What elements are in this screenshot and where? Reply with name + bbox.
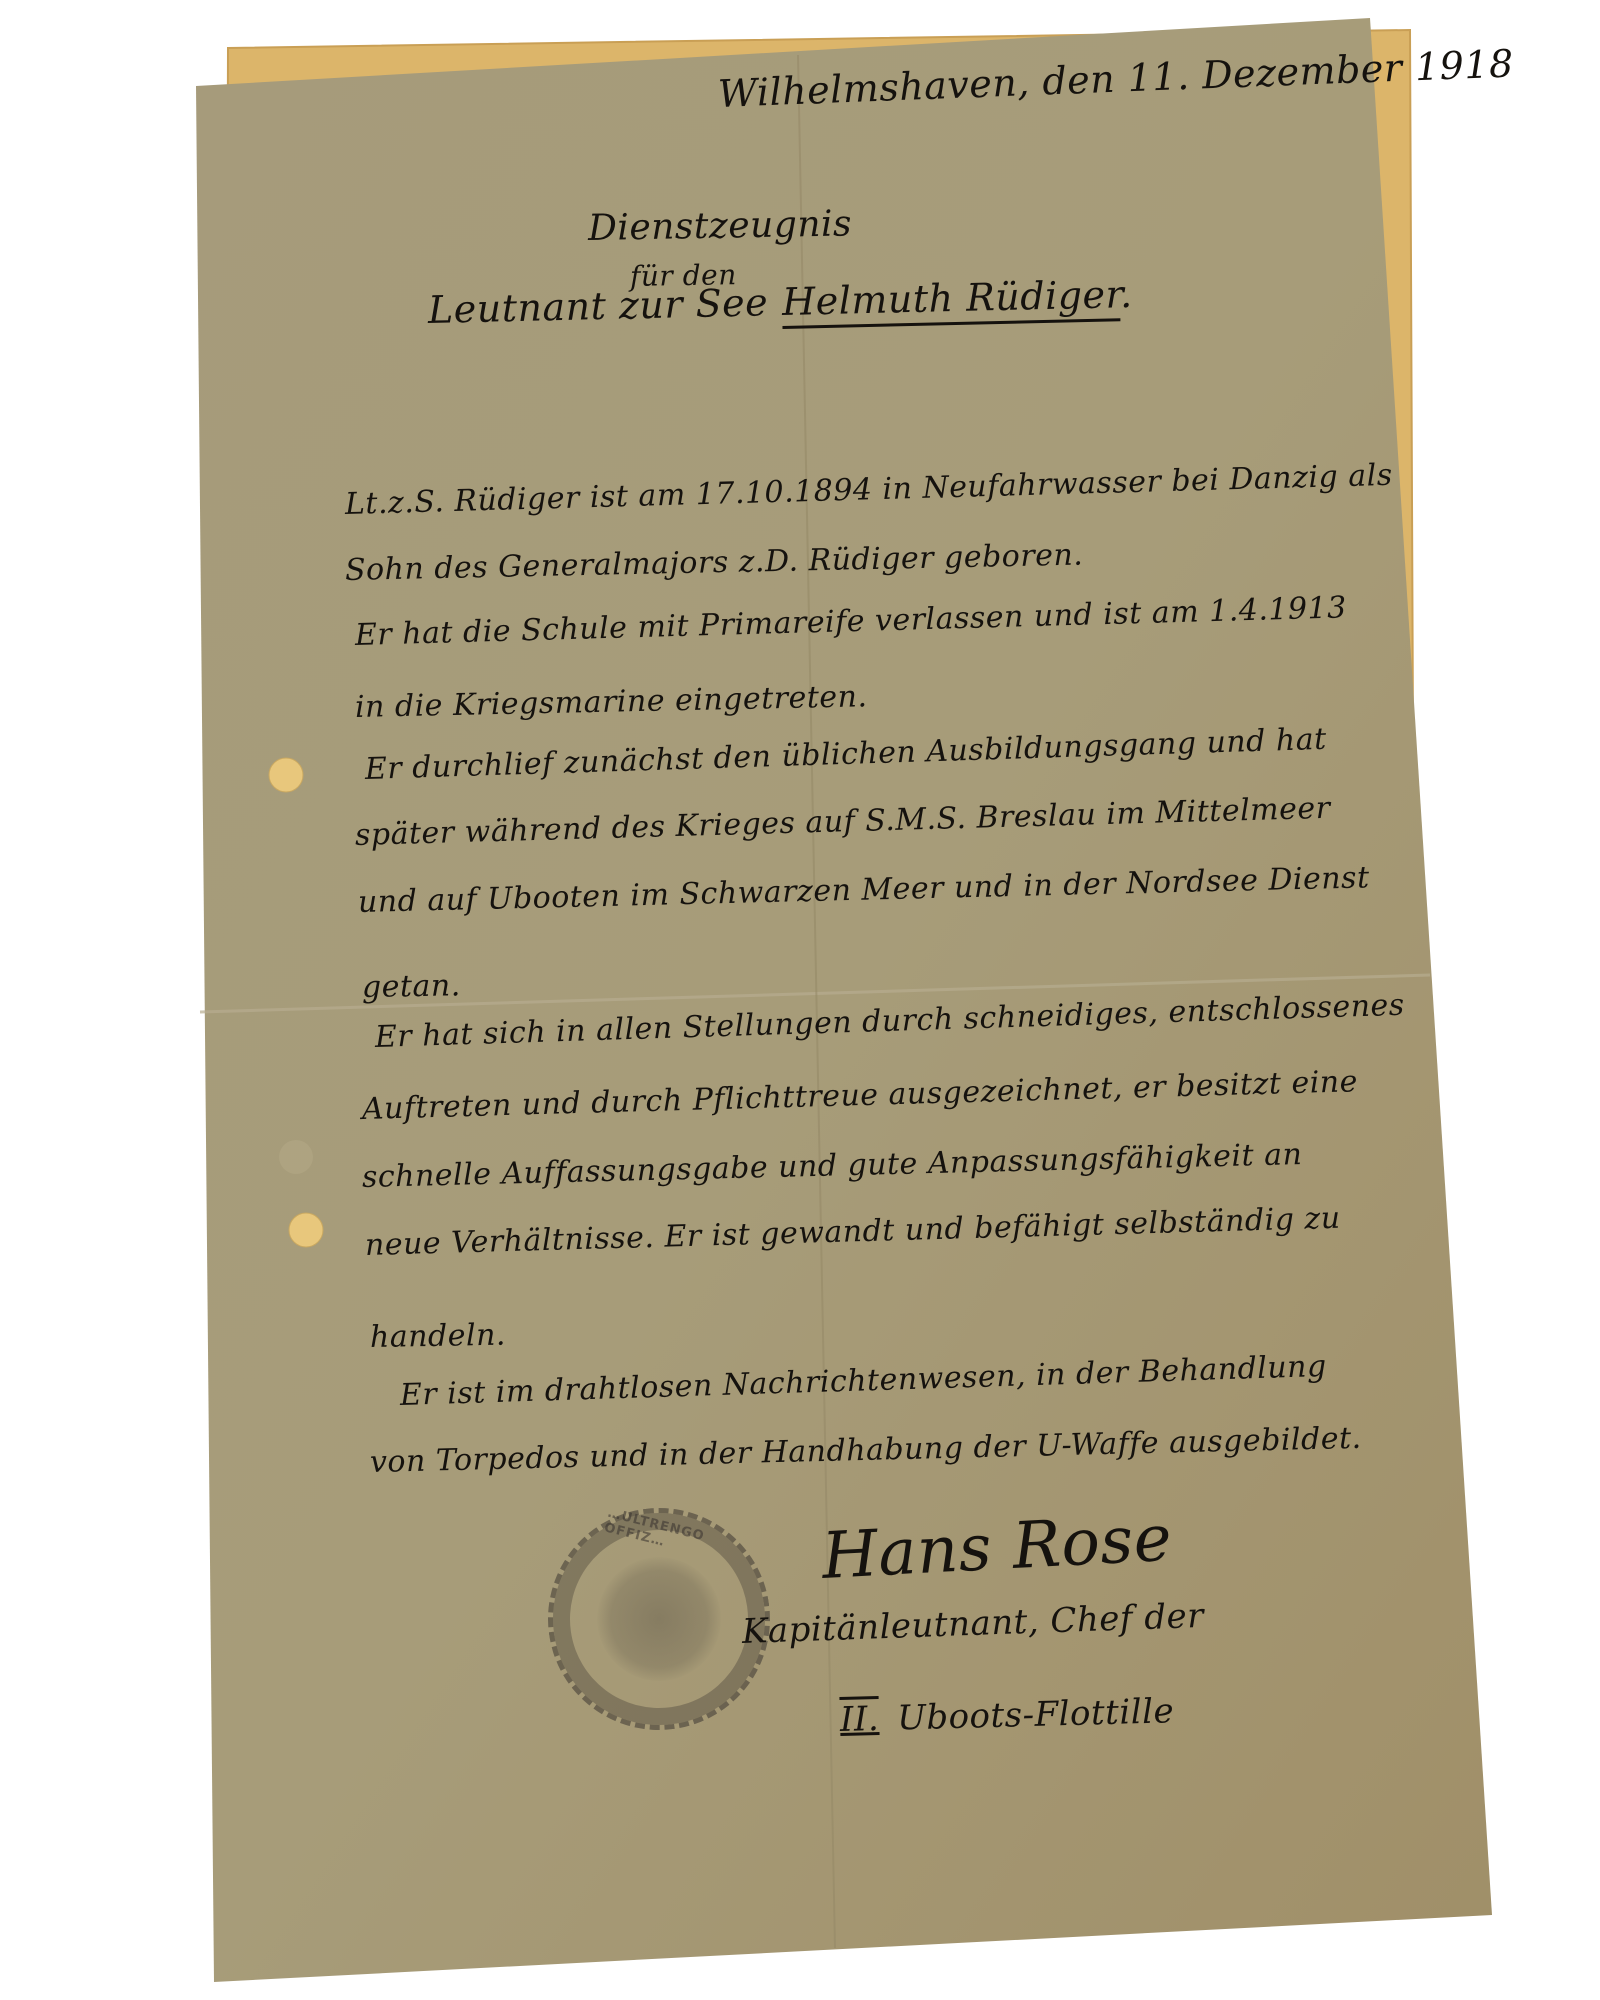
unit-numeral: II.	[839, 1699, 879, 1740]
body-line: handeln.	[370, 1318, 507, 1355]
recipient-name-period: .	[1119, 272, 1133, 316]
punch-hole-top	[269, 758, 303, 792]
document-title: Dienstzeugnis	[588, 203, 853, 249]
unit-name: Uboots-Flottille	[897, 1691, 1175, 1738]
punch-hole-bottom	[289, 1213, 323, 1247]
recipient-rank: Leutnant zur See	[428, 280, 769, 332]
body-line: getan.	[362, 968, 461, 1005]
recipient-name: Helmuth Rüdiger	[782, 272, 1121, 329]
document-photo: Wilhelmshaven, den 11. Dezember 1918 Die…	[0, 0, 1600, 2000]
stamp-eagle-emblem	[589, 1549, 729, 1689]
